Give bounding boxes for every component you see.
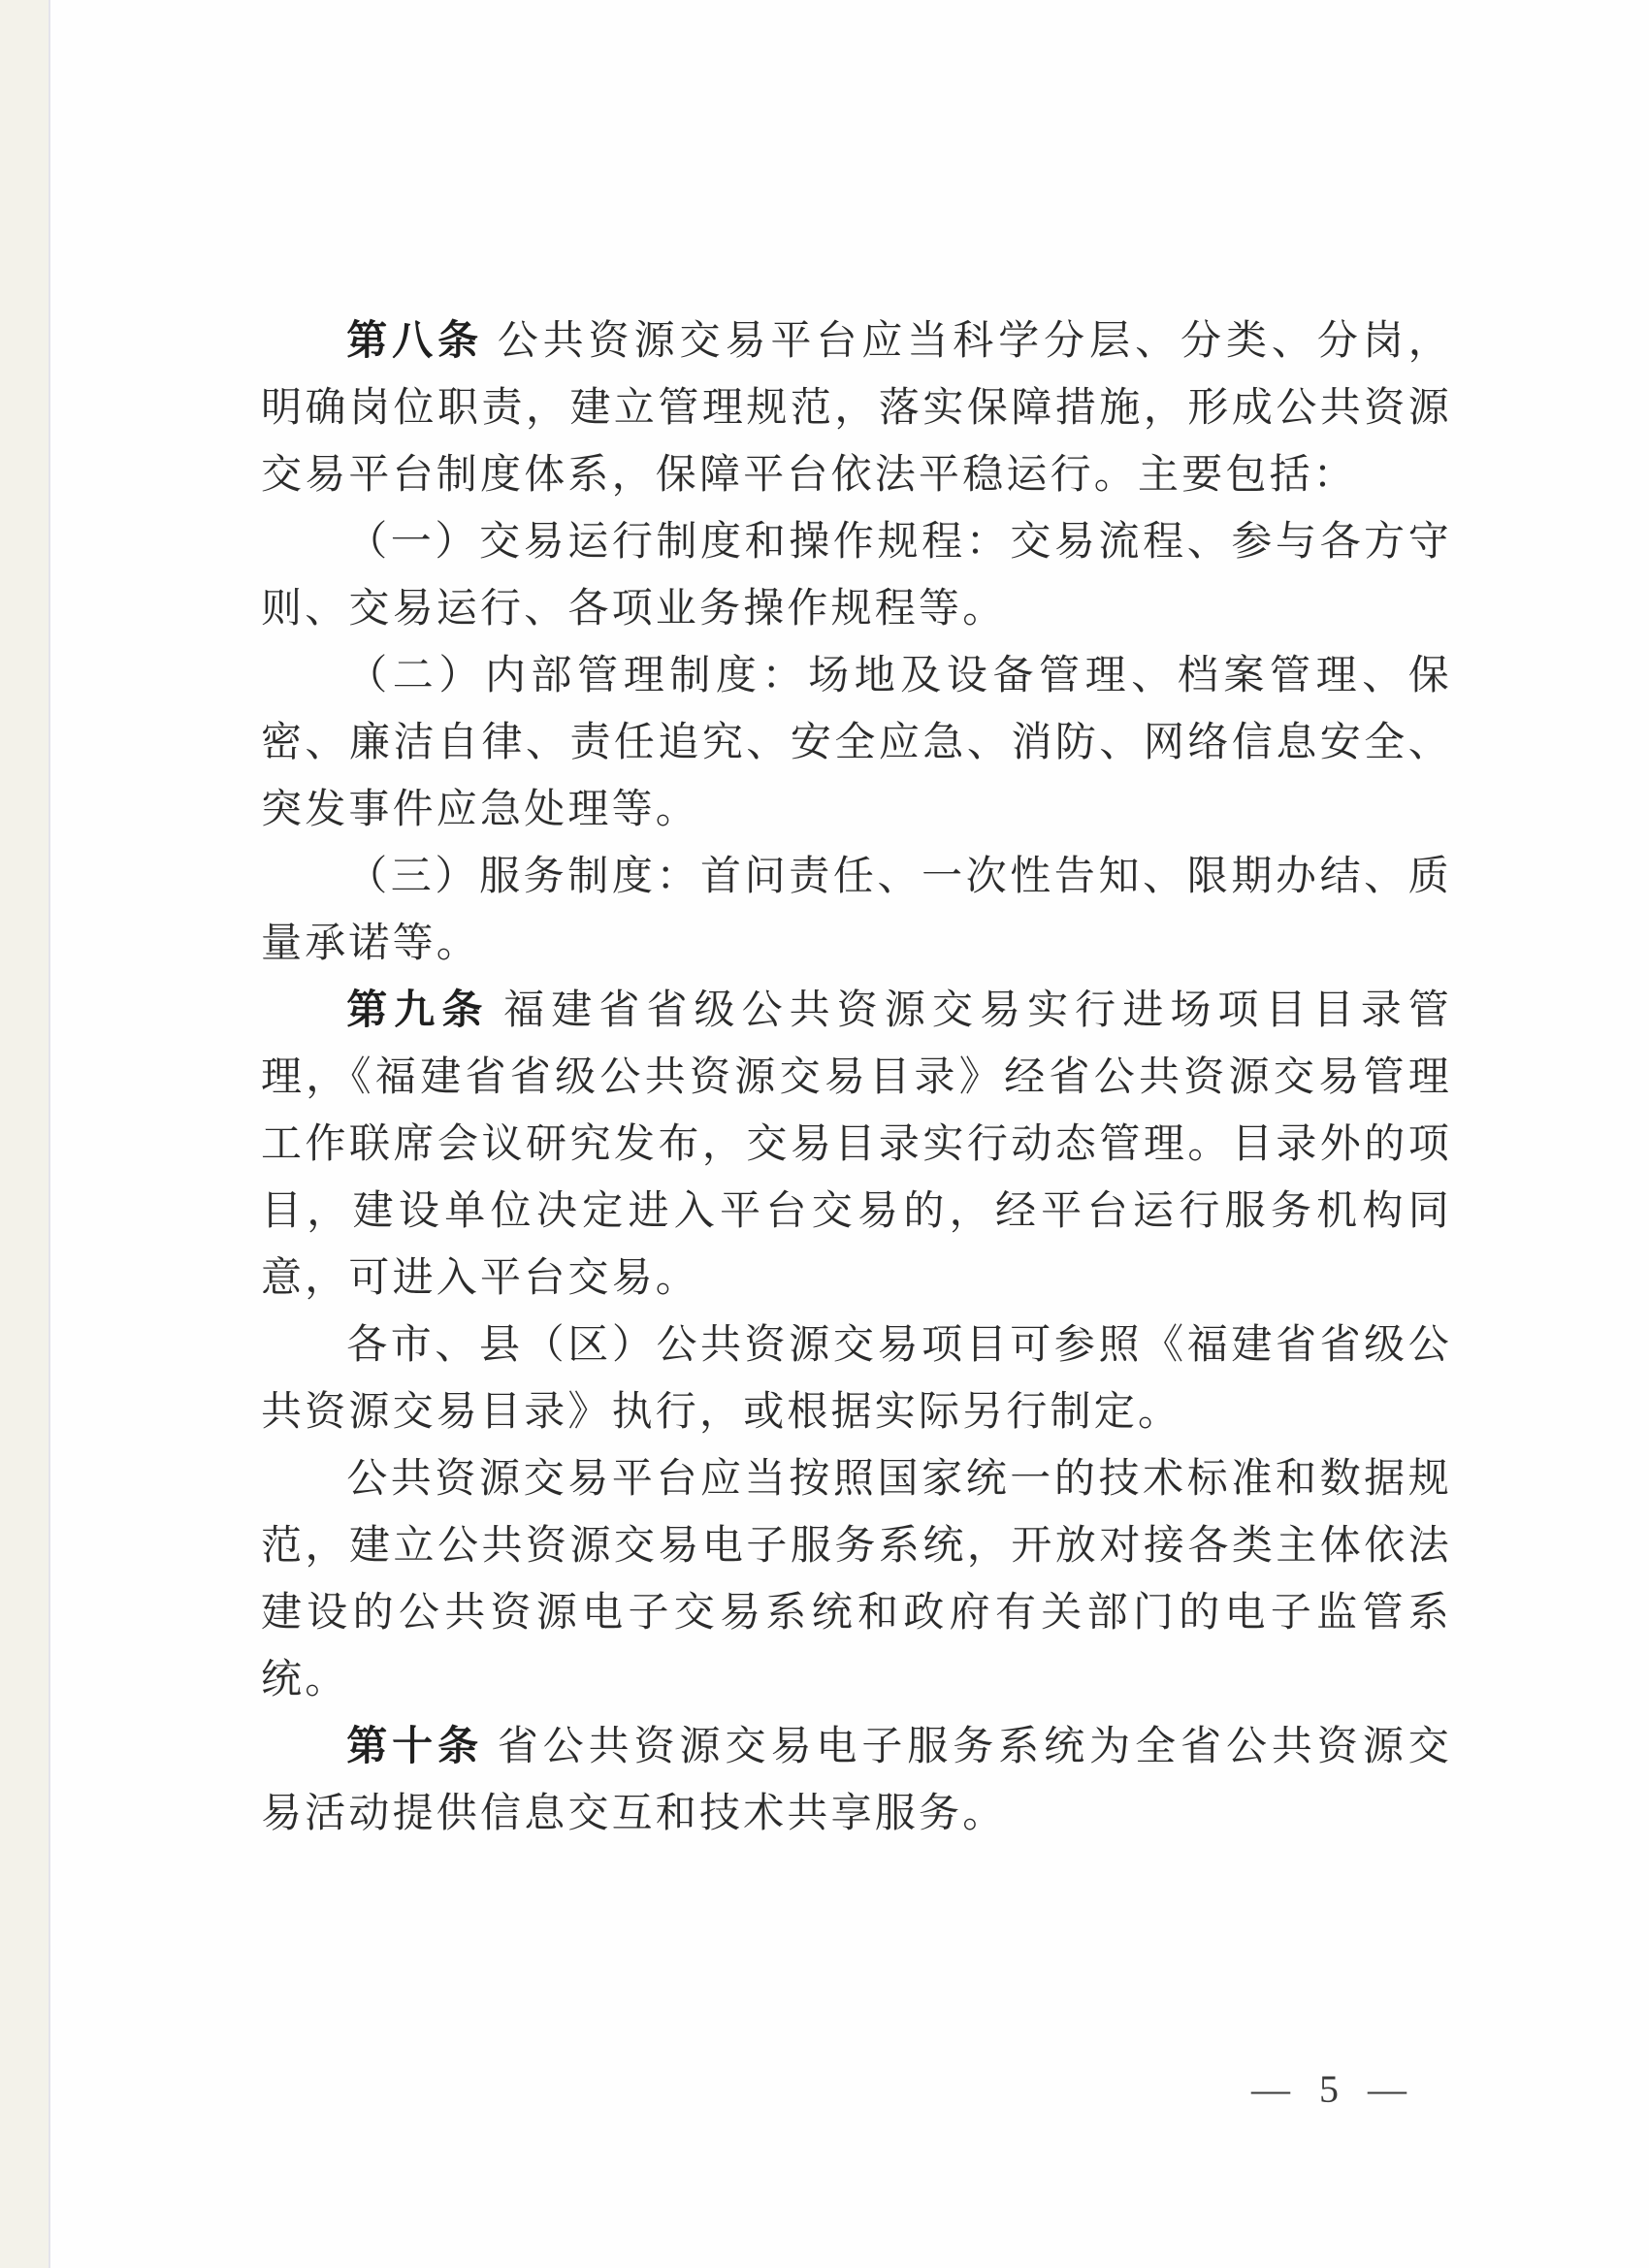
article-number: 第八条 <box>346 316 483 364</box>
paragraph-technical-standards: 公共资源交易平台应当按照国家统一的技术标准和数据规范，建立公共资源交易电子服务系… <box>261 1444 1452 1712</box>
paragraph-article-9: 第九条福建省省级公共资源交易实行进场项目目录管理，《福建省省级公共资源交易目录》… <box>261 976 1452 1311</box>
paragraph-item-2: （二）内部管理制度：场地及设备管理、档案管理、保密、廉洁自律、责任追究、安全应急… <box>261 641 1452 842</box>
article-number: 第十条 <box>346 1722 483 1769</box>
page-number: — 5 — <box>1251 2066 1416 2112</box>
article-number: 第九条 <box>346 986 489 1033</box>
paragraph-item-1: （一）交易运行制度和操作规程：交易流程、参与各方守则、交易运行、各项业务操作规程… <box>261 507 1452 641</box>
paragraph-text: （一）交易运行制度和操作规程：交易流程、参与各方守则、交易运行、各项业务操作规程… <box>261 517 1452 632</box>
paragraph-text: （二）内部管理制度：场地及设备管理、档案管理、保密、廉洁自律、责任追究、安全应急… <box>261 651 1452 832</box>
document-body: 第八条公共资源交易平台应当科学分层、分类、分岗，明确岗位职责，建立管理规范，落实… <box>261 307 1452 1846</box>
paragraph-local-catalog: 各市、县（区）公共资源交易项目可参照《福建省省级公共资源交易目录》执行，或根据实… <box>261 1311 1452 1444</box>
document-page: 第八条公共资源交易平台应当科学分层、分类、分岗，明确岗位职责，建立管理规范，落实… <box>50 0 1649 2268</box>
paragraph-text: 公共资源交易平台应当按照国家统一的技术标准和数据规范，建立公共资源交易电子服务系… <box>261 1454 1452 1702</box>
paragraph-item-3: （三）服务制度：首问责任、一次性告知、限期办结、质量承诺等。 <box>261 842 1452 976</box>
paragraph-text: 各市、县（区）公共资源交易项目可参照《福建省省级公共资源交易目录》执行，或根据实… <box>261 1320 1452 1435</box>
paragraph-article-8: 第八条公共资源交易平台应当科学分层、分类、分岗，明确岗位职责，建立管理规范，落实… <box>261 307 1452 507</box>
scan-margin-strip <box>0 0 50 2268</box>
paragraph-article-10: 第十条省公共资源交易电子服务系统为全省公共资源交易活动提供信息交互和技术共享服务… <box>261 1712 1452 1846</box>
paragraph-text: （三）服务制度：首问责任、一次性告知、限期办结、质量承诺等。 <box>261 852 1452 966</box>
